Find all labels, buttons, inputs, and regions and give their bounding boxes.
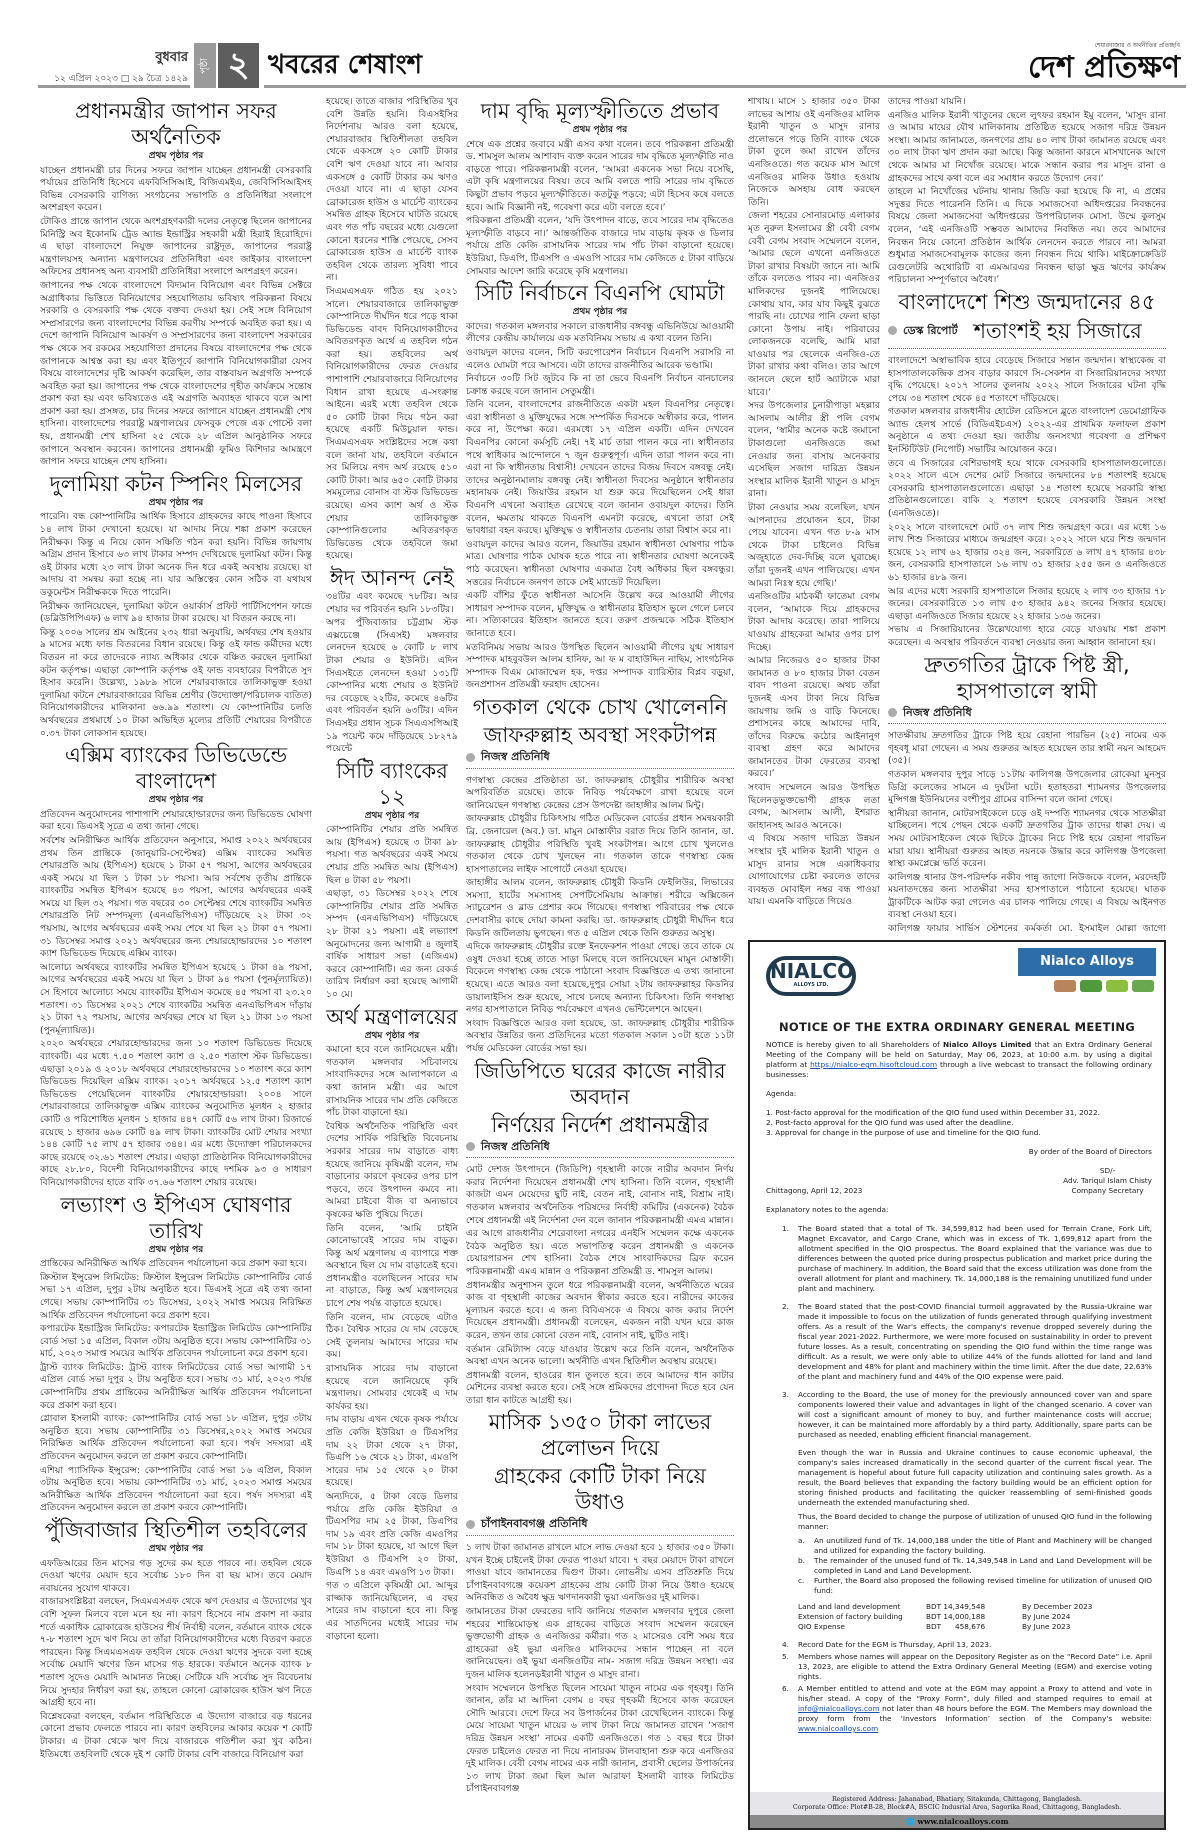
paragraph: প্রান্তিকের অনিরীক্ষিত আর্থিক প্রতিবেদন … [40,1258,312,1271]
agenda-item: 2. Post-facto approval for the QIO fund … [766,1118,1152,1128]
paragraph: সংবাদ সম্মেলনে আরও উপস্থিত ছিলেনড়ভুক্তভ… [748,782,880,832]
headline-line-1: বাংলাদেশে শিশু জন্মদানের ৪৫ [888,289,1166,315]
paragraph: সিএমএসএফ গঠিত হয় ২০২১ সালে। শেয়ারবাজার… [326,286,458,563]
note-item: 6.A Member entitled to attend and vote a… [782,1684,1152,1734]
certification-icon [1106,980,1128,992]
note-text: Members whose names will appear on the D… [798,1652,1152,1682]
paragraph: তিনি বলেন, ‘আমি চাইনি কোনোভাবেই সারের দা… [326,1223,458,1311]
paragraph: জেলা শহরের সোনারমোড় এলাকার মৃত নুরুল ইস… [748,210,880,399]
column-left: প্রধানমন্ত্রীর জাপান সফর অর্থনৈতিক প্রথম… [40,96,312,1836]
paragraph: এর আগে রাজধানীর শেরেবাংলা নগরের এনইসি সম… [466,1228,734,1278]
signatory-name: Adv. Tariqul Islam Chisty [1063,1176,1152,1186]
headline: পুঁজিবাজার স্থিতিশীল তহবিলের [40,1517,312,1543]
headline: প্রধানমন্ত্রীর জাপান সফর অর্থনৈতিক [40,98,312,150]
paragraph: তিনি বলেন, বাংলাদেশের রাজনীতিতে একটা মহল… [466,399,734,538]
brand-name: দেশ প্রতিক্ষণ [1028,51,1180,85]
column-right: তাদের পাওয়া যায়নি। এনজিও মালিক ইরানী খ… [888,96,1166,936]
article-bnp-city-election: সিটি নির্বাচনে বিএনপি ঘোমটা প্রথম পৃষ্ঠা… [466,280,734,692]
paragraph: শেষে এক প্রশ্নের জবাবে মন্ত্রী এসব কথা ব… [466,139,734,215]
headline: সিটি নির্বাচনে বিএনপি ঘোমটা [466,280,734,306]
note-text: According to the Board, the use of money… [798,1390,1152,1440]
paragraph: জামানতের টাকা ফেরতের দাবি জানিয়ে গতকাল … [466,1606,734,1682]
paragraph: বিশ্লেষকেরা বলছেন, বর্তমান পরিস্থিতিতে এ… [40,1711,312,1761]
article-capital-market-fund: পুঁজিবাজার স্থিতিশীল তহবিলের প্রথম পৃষ্ঠ… [40,1517,312,1761]
note-text: A Member entitled to attend and vote at … [798,1684,1152,1734]
notice-body: NOTICE is hereby given to all Shareholde… [766,1040,1152,1742]
continued-label: প্রথম পৃষ্ঠার পর [40,794,312,807]
paragraph: ৩৪টির এবং কমেছে ৭৮টির। আর শেয়ার দর পরিব… [326,591,458,616]
page-label: পৃষ্ঠা [194,43,216,88]
paragraph: সংবাদ বিজ্ঞপ্তিতে আরও বলা হয়েছে, ডা. জা… [466,1018,734,1056]
article-price-hike: দাম বৃদ্ধি মূল্যস্ফীতিতে প্রভাব প্রথম পৃ… [466,98,734,278]
globe-icon: 🌐 [905,1817,917,1826]
paragraph: জাফরুল্লাহ চৌধুরীর চিকিৎসায় গঠিত মেডিকে… [466,813,734,876]
paragraph: তাহলে মা নিখোঁজের ঘটনায় থানায় জিডি করা… [888,186,1166,287]
paragraph: বৈশ্বিক অর্থনৈতিক পরিস্থিতি এবং দেশের সা… [326,1121,458,1222]
timeline-item: Extension of factory building [798,1612,926,1622]
article-gdp-women: জিডিপিতে ঘরের কাজে নারীর অবদান নির্ণয়ের… [466,1058,734,1408]
bullet-icon [888,708,897,717]
continued-label: প্রথম পৃষ্ঠার পর [40,1244,312,1257]
paragraph: টাকা নেওয়ার সময় বলেছিল, যখন আপনাদের প্… [748,502,880,590]
issue-date-text: ১২ এপ্রিল ২০২৩ □ ২৯ চৈত্র ১৪২৯ [40,71,188,86]
issue-weekday: বুধবার [40,48,188,69]
byline-text: নিজস্ব প্রতিনিধি [903,707,972,720]
note-number: 3. [782,1390,792,1440]
paragraph: প্রধানমন্ত্রী বলেন, হাওরের ধান তুলতে হবে… [466,1370,734,1408]
headline: অর্থ মন্ত্রণালয়ের [326,1004,458,1030]
paragraph: স্থানীয়রা জানান, মোটরসাইকেলে চড়ে ওই দম… [888,808,1166,871]
paragraph: প্রতিবেদন অনুমোদনের পাশাপাশি শেয়ারহোল্ড… [40,809,312,834]
stock-exchange-icon [1080,980,1102,992]
note-text: The Board stated that the post-COVID fin… [798,1302,1152,1382]
continued-label: প্রথম পৃষ্ঠার পর [466,306,734,319]
page-number: ২ [218,43,259,88]
byline-text: ডেস্ক রিপোর্ট [903,325,958,338]
note-item: 2.The Board stated that the post-COVID f… [782,1302,1152,1382]
nialco-logo: NIALCO ALLOYS LTD. [766,956,856,996]
paragraph: শাখায়। মাসে ১ হাজার ৩৫০ টাকা লাভের আশায… [748,96,880,209]
paragraph: মতবিনিময় সভায় আরও উপস্থিত ছিলেন আওয়াম… [466,642,734,692]
masthead-rule-right [264,85,1186,88]
paragraph: ওবায়দুল কাদের বলেন, সিটি করপোরেশন নির্ব… [466,347,734,372]
footer-website-text[interactable]: www.nialcoalloys.com [917,1817,1008,1826]
section-title: খবরের শেষাংশ [268,44,422,88]
headline-line-2: জাফরুল্লাহ অবস্থা সংকটাপন্ন [466,722,734,748]
website-link[interactable]: www.nialcoalloys.com [798,1724,878,1733]
sub-item-letter: b. [798,1556,808,1576]
timeline-item: Land and land development [798,1602,926,1612]
timeline-deadline: By June 2024 [1022,1612,1152,1622]
explanatory-notes-label: Explanatory notes to the agenda: [766,1205,1152,1215]
signature-block: Chittagong, April 12, 2023 SD/- Adv. Tar… [766,1166,1152,1196]
paragraph: এছাড়া, ৩১ ডিসেম্বর ২০২২ শেষে কোম্পানিটি… [326,888,458,1001]
bullet-icon [466,1142,475,1151]
byline: নিজস্ব প্রতিনিধি [466,751,734,764]
byline: ডেস্ক রিপোর্টশতাংশই হয় সিজারে [888,318,1166,344]
paragraph: এনজিও মালিক ইরানী খাতুনের ছেলে লুৎফর রহম… [888,110,1166,186]
continued-label: প্রথম পৃষ্ঠার পর [40,1543,312,1556]
byline: নিজস্ব প্রতিনিধি [466,1141,734,1154]
paragraph: বাংলাদেশে অস্বাভাবিক হারে বেড়েছে সিজারে… [888,355,1166,405]
paragraph: একটি বাঁশির ফুঁতে স্বাধীনতা আসেনি উল্লেখ… [466,590,734,640]
email-link[interactable]: info@nialcoalloys.com [798,1704,880,1713]
timeline-amount: BDT 14,000,188 [926,1612,1022,1622]
timeline-amount: BDT 14,349,548 [926,1602,1022,1612]
headline: ঈদ আনন্দ নেই [326,565,458,591]
article-ngo-fraud-cont: শাখায়। মাসে ১ হাজার ৩৫০ টাকা লাভের আশায… [748,96,880,909]
column-middle: দাম বৃদ্ধি মূল্যস্ফীতিতে প্রভাব প্রথম পৃ… [466,96,734,1836]
paragraph: পরিকল্পনা প্রতিমন্ত্রী বলেন, ‘যদি উৎপাদন… [466,215,734,278]
headline: দ্রুতগতির ট্রাকে পিষ্ট স্ত্রী, হাসপাতালে… [888,652,1166,704]
note-text: The Board stated that a total of Tk. 34,… [798,1224,1152,1294]
byline: চাঁপাইনবাবগঞ্জ প্রতিনিধি [466,1518,734,1531]
continued-label: প্রথম পৃষ্ঠার পর [466,124,734,137]
newspaper-logo: শেয়ারবাজার ও অর্থনীতির প্রতিচ্ছবি দেশ প… [1028,40,1180,85]
paragraph: গত ৩ এপ্রিলে কৃষিমন্ত্রী মো. আব্দুর রাজ্… [326,1580,458,1643]
paragraph: দাম বাড়ায় এখন থেকে কৃষক পর্যায়ে প্রতি… [326,1414,458,1490]
paragraph: এফডিআরের তিন মাসের গড় সুদের কম হতে পারব… [40,1558,312,1596]
headline: লভ্যাংশ ও ইপিএস ঘোষণার তারিখ [40,1192,312,1244]
article-caesarean: বাংলাদেশে শিশু জন্মদানের ৪৫ ডেস্ক রিপোর্… [888,289,1166,650]
timeline-deadline: By June 2023 [1022,1622,1152,1632]
address-block: Registered Address: Jahanabad, Bhatiary,… [750,1792,1164,1815]
note-text: Record Date for the EGM is Thursday, Apr… [798,1640,991,1650]
bullet-icon [466,1520,475,1529]
note-item: 1.The Board stated that a total of Tk. 3… [782,1224,1152,1294]
timeline-deadline: By December 2023 [1022,1602,1152,1612]
article-capital-market-cont: হয়েছে। তাতে বাজার পরিস্থিতির খুব বেশি উ… [326,96,458,563]
seal-icon [1054,980,1076,992]
paragraph: কোম্পানিটির শেয়ার প্রতি সমন্বিত আয় (ইপ… [326,824,458,887]
paragraph: প্রধানমন্ত্রীর অনুশাসন তুলে ধরে পরিকল্পন… [466,1280,734,1343]
sub-item-text: Further, the Board also proposed the fol… [814,1576,1152,1596]
byline-text: নিজস্ব প্রতিনিধি [481,751,550,764]
paragraph: সভায় এ সিজারিয়ানের উল্লেখযোগ্য হারে বে… [888,624,1166,649]
paragraph: সর্বশেষ অনিরীক্ষিত আর্থিক প্রতিবেদন অনুস… [40,835,312,961]
article-truck-accident: দ্রুতগতির ট্রাকে পিষ্ট স্ত্রী, হাসপাতালে… [888,652,1166,936]
paragraph: কপারটেক ইন্ডাস্ট্রিজ লিমিটেড: কপারটেক ইন… [40,1323,312,1361]
note-number: 2. [782,1302,792,1382]
headline-line-2: গ্রাহকের কোটি টাকা নিয়ে উধাও [466,1463,734,1515]
paragraph: কালিগঞ্জ ফায়ার সার্ভিস স্টেশনের কর্মকর্… [888,923,1166,936]
article-city-bank: সিটি ব্যাংকের ১২ প্রথম পৃষ্ঠার পর কোম্পা… [326,758,458,1002]
paragraph: এদিকে জাফরুল্লাহ চৌধুরীর রক্তে ইনফেকশন প… [466,941,734,1017]
paragraph: কালিগঞ্জ থানার উপ-পরিদর্শক নকীব পান্নু জ… [888,872,1166,922]
sub-item: c.Further, the Board also proposed the f… [798,1576,1152,1596]
footer-website: 🌐 www.nialcoalloys.com [750,1815,1164,1828]
paragraph: আলোচ্য অর্থবছরে ব্যাংকটির সমন্বিত ইপিএস … [40,962,312,1038]
article-ngo-fraud-cont2: তাদের পাওয়া যায়নি। এনজিও মালিক ইরানী খ… [888,96,1166,287]
article-eid: ঈদ আনন্দ নেই ৩৪টির এবং কমেছে ৭৮টির। আর শ… [326,565,458,756]
logo-text: NIALCO [770,959,854,983]
note-text: Even though the war in Russia and Ukrain… [798,1448,1152,1508]
paragraph: এ বিষয়ে সজাগ দারিদ্র্য উন্নয়ন সংস্থার … [748,833,880,909]
paragraph: কাদের। গতকাল মঙ্গলবার সকালে রাজধানীর বঙ্… [466,321,734,346]
egm-platform-link[interactable]: https://nialco-egm.hisoftcloud.com [810,1060,937,1069]
timeline-amount: BDT 458,676 [926,1622,1022,1632]
paragraph: সংবাদ সম্মেলনে উপস্থিত ছিলেন সায়েমা খাত… [466,1683,734,1796]
sub-item: a.An unutilized fund of Tk. 14,000,188 u… [798,1536,1152,1556]
notice-title: NOTICE OF THE EXTRA ORDINARY GENERAL MEE… [750,1020,1164,1034]
paragraph: তিনি বলেন, দাম বেড়েছে এটাও ঠিক। বৈশ্বিক… [326,1312,458,1362]
paragraph: অপর পুঁজিবাজার চট্টগ্রাম স্টক এক্সচেঞ্জে… [326,617,458,756]
article-ngo-fraud: মাসিক ১৩৫০ টাকা লাভের প্রলোভন দিয়ে গ্রা… [466,1409,734,1795]
note-continuation: Even though the war in Russia and Ukrain… [782,1448,1152,1596]
paragraph: হয়েছে। তাতে বাজার পরিস্থিতির খুব বেশি উ… [326,96,458,285]
paragraph: গতকাল মঙ্গলবার রাজধানীর হোটেল রেডিসনে ব্… [888,406,1166,456]
egm-notice-advertisement: NIALCO ALLOYS LTD. Nialco Alloys Limited… [748,940,1166,1830]
paragraph: বর্তমান রেমিট্যান্স বেড়ে যাওয়ার উল্লেখ… [466,1344,734,1369]
registered-address: Registered Address: Jahanabad, Bhatiary,… [750,1796,1164,1804]
paragraph: গ্লোবাল ইসলামী ব্যাংক: কোম্পানিটির বোর্ড… [40,1413,312,1463]
bullet-icon [888,326,897,335]
issue-date: বুধবার ১২ এপ্রিল ২০২৩ □ ২৯ চৈত্র ১৪২৯ [40,48,188,86]
paragraph: ওবায়দুল কাদের আরও বলেন, জিয়াউর রহমান স… [466,539,734,589]
signature-mark: SD/- [1063,1166,1152,1176]
paragraph: অন্যদিকে, ৫ টাকা বেড়ে ডিলার পর্যায়ে প্… [326,1491,458,1579]
paragraph: টোকিও প্রান্তে জাপান থেকে অংশগ্রহণকারী দ… [40,216,312,279]
paragraph: রাসায়নিক সারের দাম বাড়ানো হয়েছে বলে জ… [326,1363,458,1413]
divider [466,1157,734,1158]
sub-item-letter: a. [798,1536,808,1556]
divider [888,723,1166,724]
paragraph: বাজারসংশ্লিষ্টরা বলছেন, সিএমএসএফ থেকে ঋণ… [40,1596,312,1709]
note-text-part: A Member entitled to attend and vote at … [798,1684,1152,1703]
paragraph: ২০২২ সালে বাংলাদেশে মোট ৩৭ লাখ শিশু জন্ম… [888,522,1166,585]
certification-badges [1054,980,1154,992]
article-dulamia-cotton: দুলামিয়া কটন স্পিনিং মিলসের প্রথম পৃষ্ঠ… [40,471,312,740]
paragraph: গণস্বাস্থ্য কেন্দ্রের প্রতিষ্ঠাতা ডা. জা… [466,775,734,813]
company-name: Nialco Alloys Limited [943,1040,1031,1049]
byline-text: নিজস্ব প্রতিনিধি [481,1141,550,1154]
continued-label: প্রথম পৃষ্ঠার পর [326,1030,458,1043]
note-number: 6. [782,1684,792,1734]
paragraph: গতকাল মঙ্গলবার দুপুর সাড়ে ১১টায় কালিগঞ… [888,769,1166,807]
paragraph: ২০২০ অর্থবছরে শেয়ারহোল্ডারদের জন্য ১০ শ… [40,1038,312,1189]
recycle-icon [1132,980,1154,992]
explanatory-notes: 1.The Board stated that a total of Tk. 3… [766,1224,1152,1734]
by-order-text: By order of the Board of Directors [766,1147,1152,1157]
paragraph: এশিয়া প্যাসিফিক ইন্সুরেন্স: কোম্পানিটির… [40,1465,312,1515]
timeline-item: QIO Expense [798,1622,926,1632]
divider [466,1535,734,1536]
headline: এক্সিম ব্যাংকের ডিভিডেন্ডে বাংলাদেশ [40,742,312,794]
paragraph: তাদের পাওয়া যায়নি। [888,96,1166,109]
column-second: হয়েছে। তাতে বাজার পরিস্থিতির খুব বেশি উ… [326,96,458,1836]
notice-intro: NOTICE is hereby given to all Shareholde… [766,1040,1152,1080]
note-number: 1. [782,1224,792,1294]
paragraph: পারেনি। বন্ধ কোম্পানিটির আর্থিক হিসাবে গ… [40,511,312,599]
note-item: 5.Members whose names will appear on the… [782,1652,1152,1682]
paragraph: তবে এ সিজারের বেশিরভাগই হয়ে থাকে বেসরকা… [888,458,1166,521]
sub-item: b.The remainder of the unused fund of Tk… [798,1556,1152,1576]
continued-label: প্রথম পৃষ্ঠার পর [40,150,312,163]
headline: দাম বৃদ্ধি মূল্যস্ফীতিতে প্রভাব [466,98,734,124]
bullet-icon [466,753,475,762]
masthead: বুধবার ১২ এপ্রিল ২০২৩ □ ২৯ চৈত্র ১৪২৯ পৃ… [0,0,1200,90]
paragraph: কমানো হবে বলে জানিয়েছেন মন্ত্রী। গতকাল … [326,1044,458,1120]
headline: সিটি ব্যাংকের ১২ [326,758,458,810]
paragraph: নিরীক্ষক জানিয়েছেন, দুলামিয়া কটনে ওয়া… [40,601,312,626]
note-item: 3.According to the Board, the use of mon… [782,1390,1152,1440]
agenda-item: 3. Approval for change in the purpose of… [766,1128,1152,1138]
divider [888,348,1166,349]
masthead-rule-left [38,85,190,88]
note-item: 4.Record Date for the EGM is Thursday, A… [782,1640,1152,1650]
paragraph: কিন্তু ২০০৬ সালের শ্রম আইনের ২৩২ ধারা অন… [40,627,312,740]
sub-item-text: An unutilized fund of Tk. 14,000,188 und… [814,1536,1152,1556]
agenda-item: 1. Post-facto approval for the modificat… [766,1108,1152,1118]
headline-line-1: জিডিপিতে ঘরের কাজে নারীর অবদান [466,1058,734,1110]
article-exim-bank: এক্সিম ব্যাংকের ডিভিডেন্ডে বাংলাদেশ প্রথ… [40,742,312,1189]
agenda-label: Agenda: [766,1089,1152,1099]
byline-text: চাঁপাইনবাবগঞ্জ প্রতিনিধি [481,1518,588,1531]
place-date: Chittagong, April 12, 2023 [766,1186,862,1196]
byline: নিজস্ব প্রতিনিধি [888,707,1166,720]
paragraph: ক্রিস্টাল ইন্সুরেন্স লিমিটেড: ক্রিস্টাল … [40,1272,312,1322]
headline-line-1: গতকাল থেকে চোখ খোলেননি [466,694,734,720]
paragraph: যাচ্ছেন প্রধানমন্ত্রী চার দিনের সফরে জাপ… [40,165,312,215]
note-text: Thus, the Board decided to change the pu… [798,1512,1152,1532]
headline-line-2: শতাংশই হয় সিজারে [974,318,1142,344]
company-brand-label: Nialco Alloys Limited [1018,948,1156,976]
paragraph: ১ লাখ টাকা জামানত রাখলে মাসে লাভ দেওয়া … [466,1542,734,1605]
paragraph: জাহাঙ্গীর আলম বলেন, জাফরুল্লাহ চৌধুরী কি… [466,877,734,940]
article-finance-ministry: অর্থ মন্ত্রণালয়ের প্রথম পৃষ্ঠার পর কমান… [326,1004,458,1644]
headline-line-1: মাসিক ১৩৫০ টাকা লাভের প্রলোভন দিয়ে [466,1409,734,1461]
divider [466,768,734,769]
article-zafrullah: গতকাল থেকে চোখ খোলেননি জাফরুল্লাহ অবস্থা… [466,694,734,1056]
sub-item-text: The remainder of the unused fund of Tk. … [814,1556,1152,1576]
signatory-title: Company Secretary [1063,1186,1152,1196]
continued-label: প্রথম পৃষ্ঠার পর [40,497,312,510]
article-dividend-dates: লভ্যাংশ ও ইপিএস ঘোষণার তারিখ প্রথম পৃষ্ঠ… [40,1192,312,1515]
intro-text: NOTICE is hereby given to all Shareholde… [766,1040,943,1049]
revised-timeline-table: Land and land developmentBDT 14,349,548B… [798,1602,1152,1632]
paragraph: আর এদের মধ্যে সরকারি হাসপাতালে সিজার হয়… [888,586,1166,624]
paragraph: সদর উপজেলার চুনারীপাড়া মহল্লার আসলাম আল… [748,400,880,501]
paragraph: নির্বাচনে ৩০টি সিট জুটবে কি না তা ভেবে ব… [466,373,734,398]
sub-item-letter: c. [798,1576,808,1596]
paragraph: আমার নিজেরও ৫০ হাজার টাকা জামানত ও ৮০ হা… [748,655,880,781]
corporate-office: Corporate Office: Plot#B-28, Block#A, BS… [750,1804,1164,1812]
note-number: 5. [782,1652,792,1682]
ad-footer: Registered Address: Jahanabad, Bhatiary,… [750,1792,1164,1828]
paragraph: ট্রাস্ট ব্যাংক লিমিটেড: ট্রাস্ট ব্যাংক ল… [40,1362,312,1412]
note-number: 4. [782,1640,792,1650]
paragraph: এনজিওটির মাঠকর্মী ফাতেমা বেগম বলেন, ‘আমা… [748,591,880,654]
paragraph: মোট দেশজ উৎপাদনে (জিডিপি) গৃহস্থালী কাজে… [466,1164,734,1227]
paragraph: জাপানের পক্ষ থেকে বাংলাদেশে বিদ্যমান বিন… [40,280,312,469]
signatory: SD/- Adv. Tariqul Islam Chisty Company S… [1063,1166,1152,1196]
continued-label: প্রথম পৃষ্ঠার পর [326,810,458,823]
paragraph: সাতক্ষীরায় দ্রুতগতির ট্রাকে পিষ্ট হয়ে … [888,730,1166,768]
headline: দুলামিয়া কটন স্পিনিং মিলসের [40,471,312,497]
headline-line-2: নির্ণয়ের নির্দেশ প্রধানমন্ত্রীর [466,1112,734,1138]
article-japan-visit: প্রধানমন্ত্রীর জাপান সফর অর্থনৈতিক প্রথম… [40,98,312,469]
column-fourth: শাখায়। মাসে ১ হাজার ৩৫০ টাকা লাভের আশায… [748,96,880,936]
